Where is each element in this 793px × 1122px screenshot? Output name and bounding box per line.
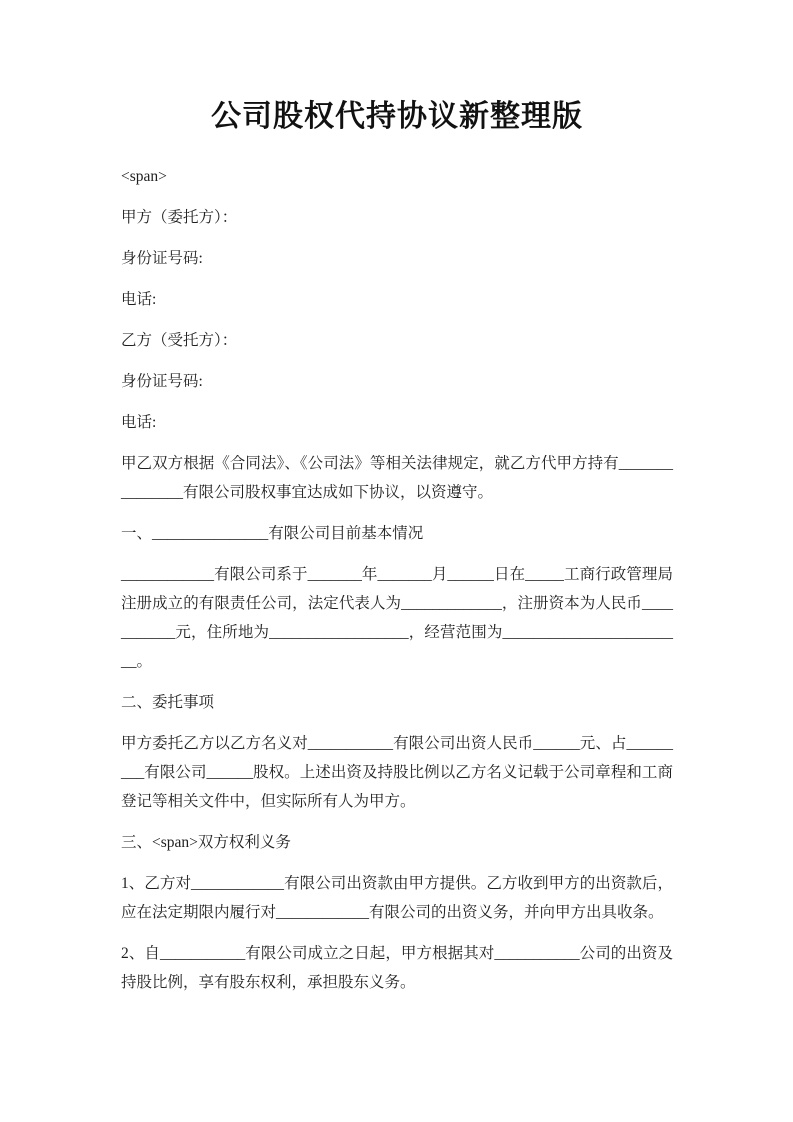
party-a-label: 甲方（委托方）： [121, 203, 673, 232]
document-title: 公司股权代持协议新整理版 [121, 96, 673, 138]
party-a-id-number-label: 身份证号码: [121, 244, 673, 273]
party-b-phone-label: 电话: [121, 408, 673, 437]
section-2-heading: 二、委托事项 [121, 688, 673, 717]
stray-span-text: <span> [121, 162, 673, 191]
party-b-label: 乙方（受托方）： [121, 326, 673, 355]
section-1-heading: 一、_______________有限公司目前基本情况 [121, 519, 673, 548]
party-a-phone-label: 电话: [121, 285, 673, 314]
party-b-id-number-label: 身份证号码: [121, 367, 673, 396]
section-2-paragraph: 甲方委托乙方以乙方名义对___________有限公司出资人民币______元、… [121, 729, 673, 816]
section-3-heading: 三、<span>双方权利义务 [121, 828, 673, 857]
preamble-paragraph: 甲乙双方根据《合同法》、《公司法》等相关法律规定，就乙方代甲方持有_______… [121, 449, 673, 507]
clause-1-paragraph: 1、乙方对____________有限公司出资款由甲方提供。乙方收到甲方的出资款… [121, 869, 673, 927]
document-page: 公司股权代持协议新整理版 <span> 甲方（委托方）： 身份证号码: 电话: … [0, 0, 793, 1122]
clause-2-paragraph: 2、自___________有限公司成立之日起，甲方根据其对__________… [121, 939, 673, 997]
section-1-paragraph: ____________有限公司系于_______年_______月______… [121, 560, 673, 676]
